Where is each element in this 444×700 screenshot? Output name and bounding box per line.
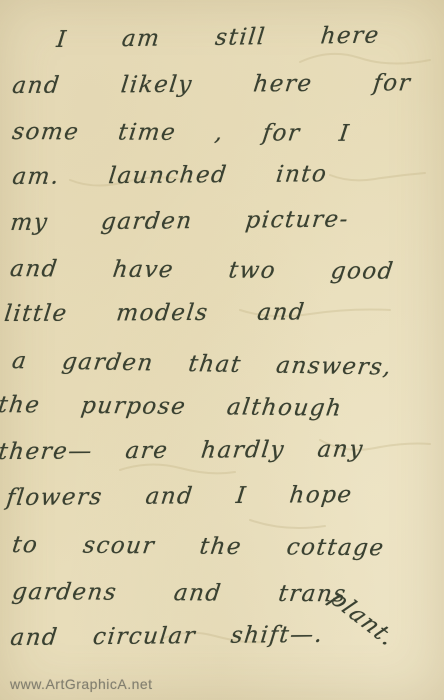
handwriting-line-3: some time , for I xyxy=(11,119,352,147)
handwriting-line-8: a garden that answers, xyxy=(10,348,394,381)
watermark-text: www.ArtGraphicA.net xyxy=(10,676,153,692)
handwriting-line-4: am. launched into xyxy=(11,161,329,190)
handwriting-line-2: and likely here for xyxy=(11,70,413,99)
handwriting-line-13: gardens and trans xyxy=(11,579,349,607)
handwriting-word-diagonal: plant. xyxy=(323,586,402,651)
handwriting-line-11: flowers and I hope xyxy=(5,482,354,511)
handwriting-line-10: there— are hardly any xyxy=(0,436,365,465)
handwriting-line-7: little models and xyxy=(3,299,307,327)
letter-page: I am still here and likely here for some… xyxy=(0,0,444,700)
handwriting-line-5: my garden picture- xyxy=(9,206,350,236)
handwriting-line-12: to scour the cottage xyxy=(11,532,387,561)
handwriting-line-14: and circular shift—. xyxy=(9,622,325,651)
handwriting-line-6: and have two good xyxy=(9,256,396,285)
handwriting-line-1: I am still here xyxy=(55,22,381,53)
handwriting-line-9: the purpose although xyxy=(0,392,344,422)
